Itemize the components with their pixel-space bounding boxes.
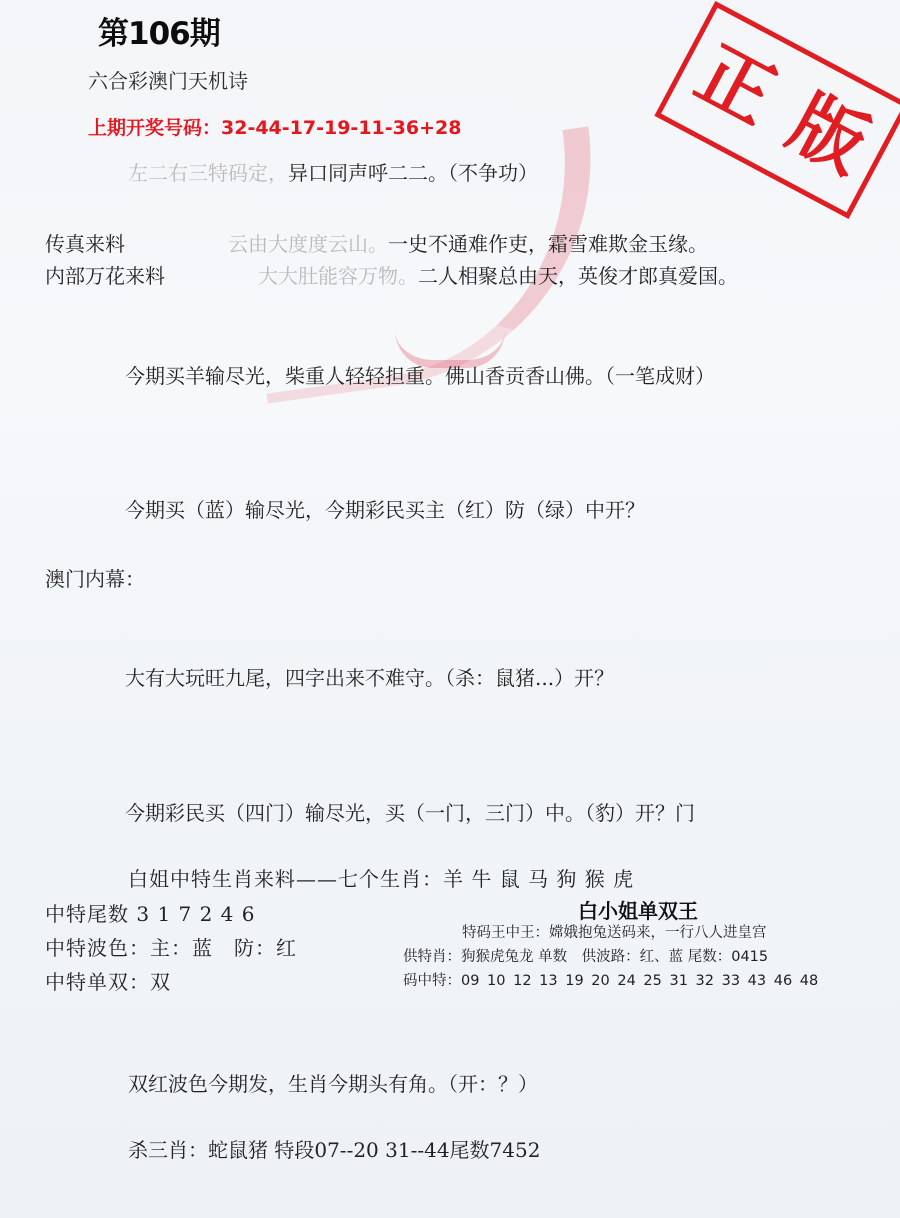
nine-tail-line: 大有大玩旺九尾，四字出来不难守。（杀：鼠猪...）开？ [125,662,614,691]
poem-line-1: 左二右三特码定，异口同声呼二二。（不争功） [128,157,538,186]
odd-even-king-line-3-numbers: 09 10 12 13 19 20 24 25 31 32 33 43 46 4… [461,973,818,989]
fax-source-faint: 云由大度度云山。 [228,232,388,256]
authentic-stamp: 正 版 [654,1,900,219]
stamp-char-1: 正 [686,35,786,135]
sheep-line: 今期买羊输尽光，柴重人轻轻担重。佛山香贡香山佛。（一笔成财） [125,360,715,389]
subtitle: 六合彩澳门天机诗 [88,65,248,94]
zodiac-line: 白姐中特生肖来料——七个生肖：羊 牛 鼠 马 狗 猴 虎 [128,863,634,892]
previous-result-numbers: 32-44-17-19-11-36+28 [221,117,461,139]
doors-line: 今期彩民买（四门）输尽光，买（一门，三门）中。（豹）开？门 [125,797,695,826]
red-wave-line: 双红波色今期发，生肖今期头有角。（开：？） [128,1068,538,1097]
issue-title: 第106期 [98,8,220,53]
previous-result-label: 上期开奖号码： [88,117,221,139]
fax-source-label: 传真来料 [45,228,125,257]
odd-even-king-line-3-label: 码中特： [403,973,461,989]
odd-even: 中特单双：双 [45,966,171,995]
fax-source-poem: 一史不通难作吏，霜雪难欺金玉缘。 [388,232,708,256]
kill-three-line: 杀三肖：蛇鼠猪 特段07--20 31--44尾数7452 [128,1134,540,1163]
poem-line-1-text: 异口同声呼二二。（不争功） [288,161,538,185]
odd-even-king-title: 白小姐单双王 [578,895,698,924]
fax-source-text: 云由大度度云山。一史不通难作吏，霜雪难欺金玉缘。 [228,228,708,257]
inner-source-label: 内部万花来料 [45,260,165,289]
inner-source-faint: 大大肚能容万物。 [258,264,418,288]
macau-inside-label: 澳门内幕： [45,563,145,592]
poem-line-1-faint: 左二右三特码定， [128,161,288,185]
previous-result: 上期开奖号码：32-44-17-19-11-36+28 [88,113,461,140]
wave-color: 中特波色：主：蓝 防：红 [45,932,297,961]
inner-source-text: 大大肚能容万物。二人相聚总由天，英俊才郎真爱国。 [258,260,738,289]
color-line: 今期买（蓝）输尽光，今期彩民买主（红）防（绿）中开？ [125,494,645,523]
tail-numbers: 中特尾数 3 1 7 2 4 6 [45,898,256,927]
stamp-char-2: 版 [778,85,878,185]
inner-source-poem: 二人相聚总由天，英俊才郎真爱国。 [418,264,738,288]
odd-even-king-line-1: 特码王中王：嫦娥抱兔送码来，一行八人进皇宫 [462,921,767,942]
odd-even-king-line-2: 供特肖：狗猴虎兔龙 单数 供波路：红、蓝 尾数：0415 [403,945,768,966]
odd-even-king-line-3: 码中特：09 10 12 13 19 20 24 25 31 32 33 43 … [403,969,818,990]
